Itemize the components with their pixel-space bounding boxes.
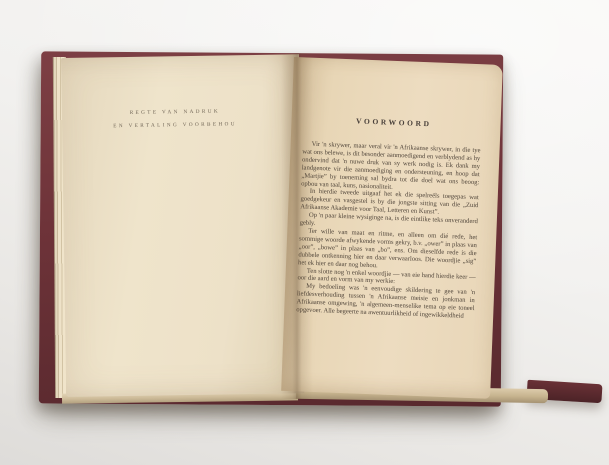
foreword-text-block: VOORWOORD Vir 'n skrywer, maar veral vir… — [296, 114, 482, 321]
foreword-paragraph: My bedoeling was 'n eenvoudige skilderin… — [296, 283, 475, 321]
right-page: VOORWOORD Vir 'n skrywer, maar veral vir… — [281, 57, 503, 399]
copyright-notice: REGTE VAN NADRUK EN VERTALING VOORBEHOU — [90, 105, 260, 134]
foreword-heading: VOORWOORD — [303, 114, 481, 130]
foreword-paragraph: Ter wille van maat en ritme, en alleen o… — [298, 227, 477, 273]
left-page: REGTE VAN NADRUK EN VERTALING VOORBEHOU — [61, 54, 304, 397]
copyright-notice-line: EN VERTALING VOORBEHOU — [90, 118, 260, 134]
book-photo: REGTE VAN NADRUK EN VERTALING VOORBEHOU … — [0, 0, 609, 465]
foreword-paragraph: Vir 'n skrywer, maar veral vir 'n Afrika… — [301, 140, 481, 194]
